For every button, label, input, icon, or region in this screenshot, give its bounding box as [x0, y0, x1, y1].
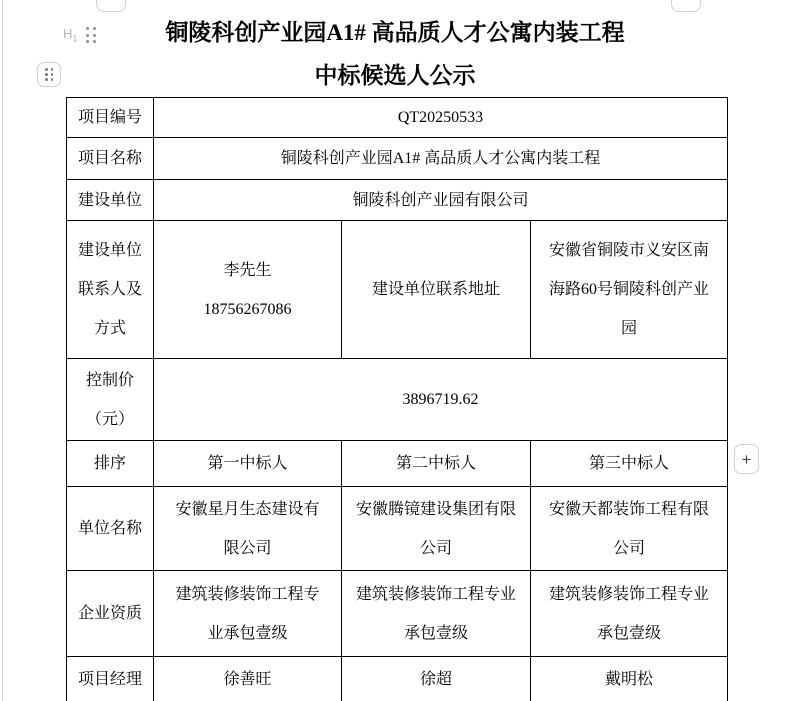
title-line-2: 中标候选人公示 — [0, 61, 790, 91]
table-row: 控制价 （元） 3896719.62 — [67, 359, 728, 441]
project-name-value[interactable]: 铜陵科创产业园A1# 高品质人才公寓内装工程 — [154, 138, 728, 180]
table-row: 项目名称 铜陵科创产业园A1# 高品质人才公寓内装工程 — [67, 138, 728, 180]
table-row: 企业资质 建筑装修装饰工程专 业承包壹级 建筑装修装饰工程专业 承包壹级 建筑装… — [67, 571, 728, 657]
plus-icon: + — [742, 451, 752, 468]
ranking-label: 排序 — [67, 441, 154, 487]
owner-address-label: 建设单位联系地址 — [342, 221, 531, 359]
manager-label: 项目经理 — [67, 657, 154, 701]
qualification-first[interactable]: 建筑装修装饰工程专 业承包壹级 — [154, 571, 342, 657]
title-line-1: 铜陵科创产业园A1# 高品质人才公寓内装工程 — [0, 18, 790, 48]
table-row: 建设单位 铜陵科创产业园有限公司 — [67, 180, 728, 221]
project-number-value[interactable]: QT20250533 — [154, 98, 728, 138]
project-number-label: 项目编号 — [67, 98, 154, 138]
owner-contact-label: 建设单位 联系人及 方式 — [67, 221, 154, 359]
ranking-second[interactable]: 第二中标人 — [342, 441, 531, 487]
bid-announcement-table: 项目编号 QT20250533 项目名称 铜陵科创产业园A1# 高品质人才公寓内… — [66, 97, 728, 701]
owner-contact-value[interactable]: 李先生 18756267086 — [154, 221, 342, 359]
table-row: 排序 第一中标人 第二中标人 第三中标人 — [67, 441, 728, 487]
table-row: 建设单位 联系人及 方式 李先生 18756267086 建设单位联系地址 安徽… — [67, 221, 728, 359]
toolbar-button-cutoff-right[interactable] — [671, 0, 701, 12]
qualification-second[interactable]: 建筑装修装饰工程专业 承包壹级 — [342, 571, 531, 657]
table-row: 项目经理 徐善旺 徐超 戴明松 — [67, 657, 728, 701]
add-column-button[interactable]: + — [734, 444, 759, 474]
ranking-first[interactable]: 第一中标人 — [154, 441, 342, 487]
ranking-third[interactable]: 第三中标人 — [531, 441, 728, 487]
manager-first[interactable]: 徐善旺 — [154, 657, 342, 701]
owner-value[interactable]: 铜陵科创产业园有限公司 — [154, 180, 728, 221]
owner-label: 建设单位 — [67, 180, 154, 221]
control-price-value[interactable]: 3896719.62 — [154, 359, 728, 441]
manager-second[interactable]: 徐超 — [342, 657, 531, 701]
qualification-third[interactable]: 建筑装修装饰工程专业 承包壹级 — [531, 571, 728, 657]
company-label: 单位名称 — [67, 487, 154, 571]
table-row: 项目编号 QT20250533 — [67, 98, 728, 138]
manager-third[interactable]: 戴明松 — [531, 657, 728, 701]
company-first[interactable]: 安徽星月生态建设有 限公司 — [154, 487, 342, 571]
document-page: H1 + 铜陵科创产业园A1# 高品质人才公寓内装工程 中标候选人公示 项目编号… — [0, 0, 790, 701]
document-title: 铜陵科创产业园A1# 高品质人才公寓内装工程 中标候选人公示 — [0, 18, 790, 91]
toolbar-button-cutoff-left[interactable] — [96, 0, 126, 12]
owner-address-value[interactable]: 安徽省铜陵市义安区南 海路60号铜陵科创产业 园 — [531, 221, 728, 359]
company-third[interactable]: 安徽天都装饰工程有限 公司 — [531, 487, 728, 571]
project-name-label: 项目名称 — [67, 138, 154, 180]
table-row: 单位名称 安徽星月生态建设有 限公司 安徽腾镜建设集团有限 公司 安徽天都装饰工… — [67, 487, 728, 571]
page-left-border — [2, 0, 3, 701]
qualification-label: 企业资质 — [67, 571, 154, 657]
company-second[interactable]: 安徽腾镜建设集团有限 公司 — [342, 487, 531, 571]
control-price-label: 控制价 （元） — [67, 359, 154, 441]
